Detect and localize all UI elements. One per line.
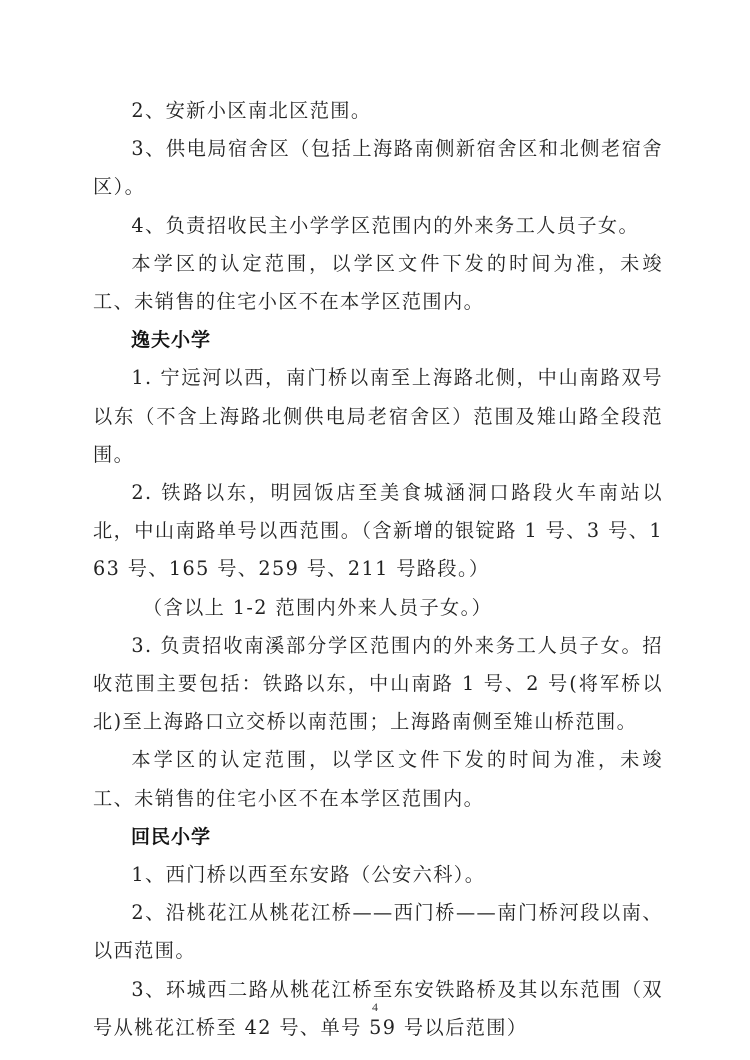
document-page: 2、安新小区南北区范围。 3、供电局宿舍区（包括上海路南侧新宿舍区和北侧老宿舍区… xyxy=(0,0,750,1060)
paragraph-note: （含以上 1-2 范围内外来人员子女。） xyxy=(93,589,663,627)
page-content: 2、安新小区南北区范围。 3、供电局宿舍区（包括上海路南侧新宿舍区和北侧老宿舍区… xyxy=(93,92,663,1047)
section-heading-huimin-school: 回民小学 xyxy=(93,818,663,856)
paragraph: 1. 宁远河以西，南门桥以南至上海路北侧，中山南路双号以东（不含上海路北侧供电局… xyxy=(93,359,663,474)
paragraph: 2、安新小区南北区范围。 xyxy=(93,92,663,130)
paragraph: 本学区的认定范围，以学区文件下发的时间为准，未竣工、未销售的住宅小区不在本学区范… xyxy=(93,245,663,321)
paragraph: 2、沿桃花江从桃花江桥——西门桥——南门桥河段以南、以西范围。 xyxy=(93,894,663,970)
section-heading-yifu-school: 逸夫小学 xyxy=(93,321,663,359)
paragraph: 本学区的认定范围，以学区文件下发的时间为准，未竣工、未销售的住宅小区不在本学区范… xyxy=(93,741,663,817)
paragraph: 3. 负责招收南溪部分学区范围内的外来务工人员子女。招收范围主要包括：铁路以东，… xyxy=(93,627,663,742)
page-number: 4 xyxy=(0,1000,750,1015)
paragraph: 4、负责招收民主小学学区范围内的外来务工人员子女。 xyxy=(93,207,663,245)
paragraph: 1、西门桥以西至东安路（公安六科）。 xyxy=(93,856,663,894)
paragraph: 3、供电局宿舍区（包括上海路南侧新宿舍区和北侧老宿舍区）。 xyxy=(93,130,663,206)
paragraph: 2. 铁路以东，明园饭店至美食城涵洞口路段火车南站以北，中山南路单号以西范围。（… xyxy=(93,474,663,589)
